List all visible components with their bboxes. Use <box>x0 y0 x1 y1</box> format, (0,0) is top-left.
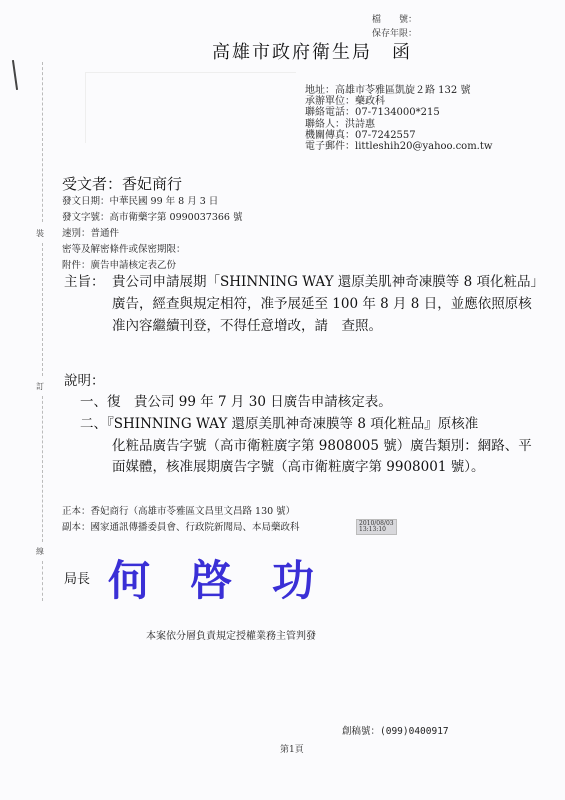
issue-date: 發文日期：中華民國 99 年 8 月 3 日 <box>62 193 218 207</box>
date-stamp: 2010/08/03 13:13:10 <box>356 519 397 535</box>
contact-block: 地址：高雄市苓雅區凱旋２路 132 號 承辦單位：藥政科 聯絡電話：07-713… <box>305 85 492 152</box>
subject-label: 主旨： <box>64 271 105 293</box>
binding-line <box>42 243 43 376</box>
subject-text: 貴公司申請展期「SHINNING WAY 還原美肌神奇凍膜等 8 項化粧品」廣告… <box>112 271 544 337</box>
explanation-label: 說明： <box>64 369 105 389</box>
issue-number: 發文字號：高市衛藥字第 0990037366 號 <box>62 209 242 223</box>
attachment: 附件：廣告申請核定表乙份 <box>62 257 176 271</box>
stamp-time: 13:13:10 <box>359 527 394 533</box>
binding-line <box>42 62 43 222</box>
delegation-note: 本案依分層負責規定授權業務主管判發 <box>146 627 316 642</box>
binding-char-zhuang: 裝 <box>36 228 44 239</box>
fax: 機關傳真：07-7242557 <box>305 130 492 141</box>
document-title: 高雄市政府衛生局 函 <box>212 38 412 64</box>
item-number: 二、 <box>80 416 107 432</box>
item-text-line1: 『SHINNING WAY 還原美肌神奇凍膜等 8 項化粧品』原核准 <box>107 416 478 432</box>
copy-recipients: 副本：國家通訊傳播委員會、行政院新聞局、本局藥政科 <box>62 519 300 533</box>
item-number: 一、 <box>80 394 107 410</box>
explanation-item-1: 一、復 貴公司 99 年 7 月 30 日廣告申請核定表。 <box>80 392 392 414</box>
recipient: 受文者：香妃商行 <box>62 173 182 194</box>
binding-line <box>42 561 43 601</box>
doc-number-label: 檔 號： <box>372 12 417 25</box>
classification: 密等及解密條件或保密期限： <box>62 241 186 255</box>
binding-char-xian: 線 <box>36 546 44 557</box>
email: 電子郵件：littleshih20@yahoo.com.tw <box>305 141 492 152</box>
explanation-item-2: 二、『SHINNING WAY 還原美肌神奇凍膜等 8 項化粧品』原核准 化粧品… <box>80 414 540 479</box>
department: 承辦單位：藥政科 <box>305 96 492 107</box>
director-signature: 何啓功 <box>108 548 354 608</box>
page-number: 第1頁 <box>280 742 304 755</box>
subject: 主旨： 貴公司申請展期「SHINNING WAY 還原美肌神奇凍膜等 8 項化粧… <box>64 271 544 337</box>
pen-mark <box>12 60 18 90</box>
item-text: 復 貴公司 99 年 7 月 30 日廣告申請核定表。 <box>107 394 392 410</box>
phone: 聯絡電話：07-7134000*215 <box>305 107 492 118</box>
binding-line <box>42 396 43 542</box>
original-recipient: 正本：香妃商行（高雄市苓雅區文昌里文昌路 130 號） <box>62 503 295 517</box>
binding-char-ding: 訂 <box>36 381 44 392</box>
director-label: 局長 <box>64 568 90 587</box>
item-text-rest: 化粧品廣告字號（高市衛粧廣字第 9808005 號）廣告類別：網路、平面媒體，核… <box>112 436 540 479</box>
faint-form-box <box>85 72 296 143</box>
contact-person: 聯絡人：洪詩惠 <box>305 119 492 130</box>
speed: 速別：普通件 <box>62 225 119 239</box>
address: 地址：高雄市苓雅區凱旋２路 132 號 <box>305 85 492 96</box>
draft-number: 創稿號：(099)0400917 <box>342 723 449 737</box>
